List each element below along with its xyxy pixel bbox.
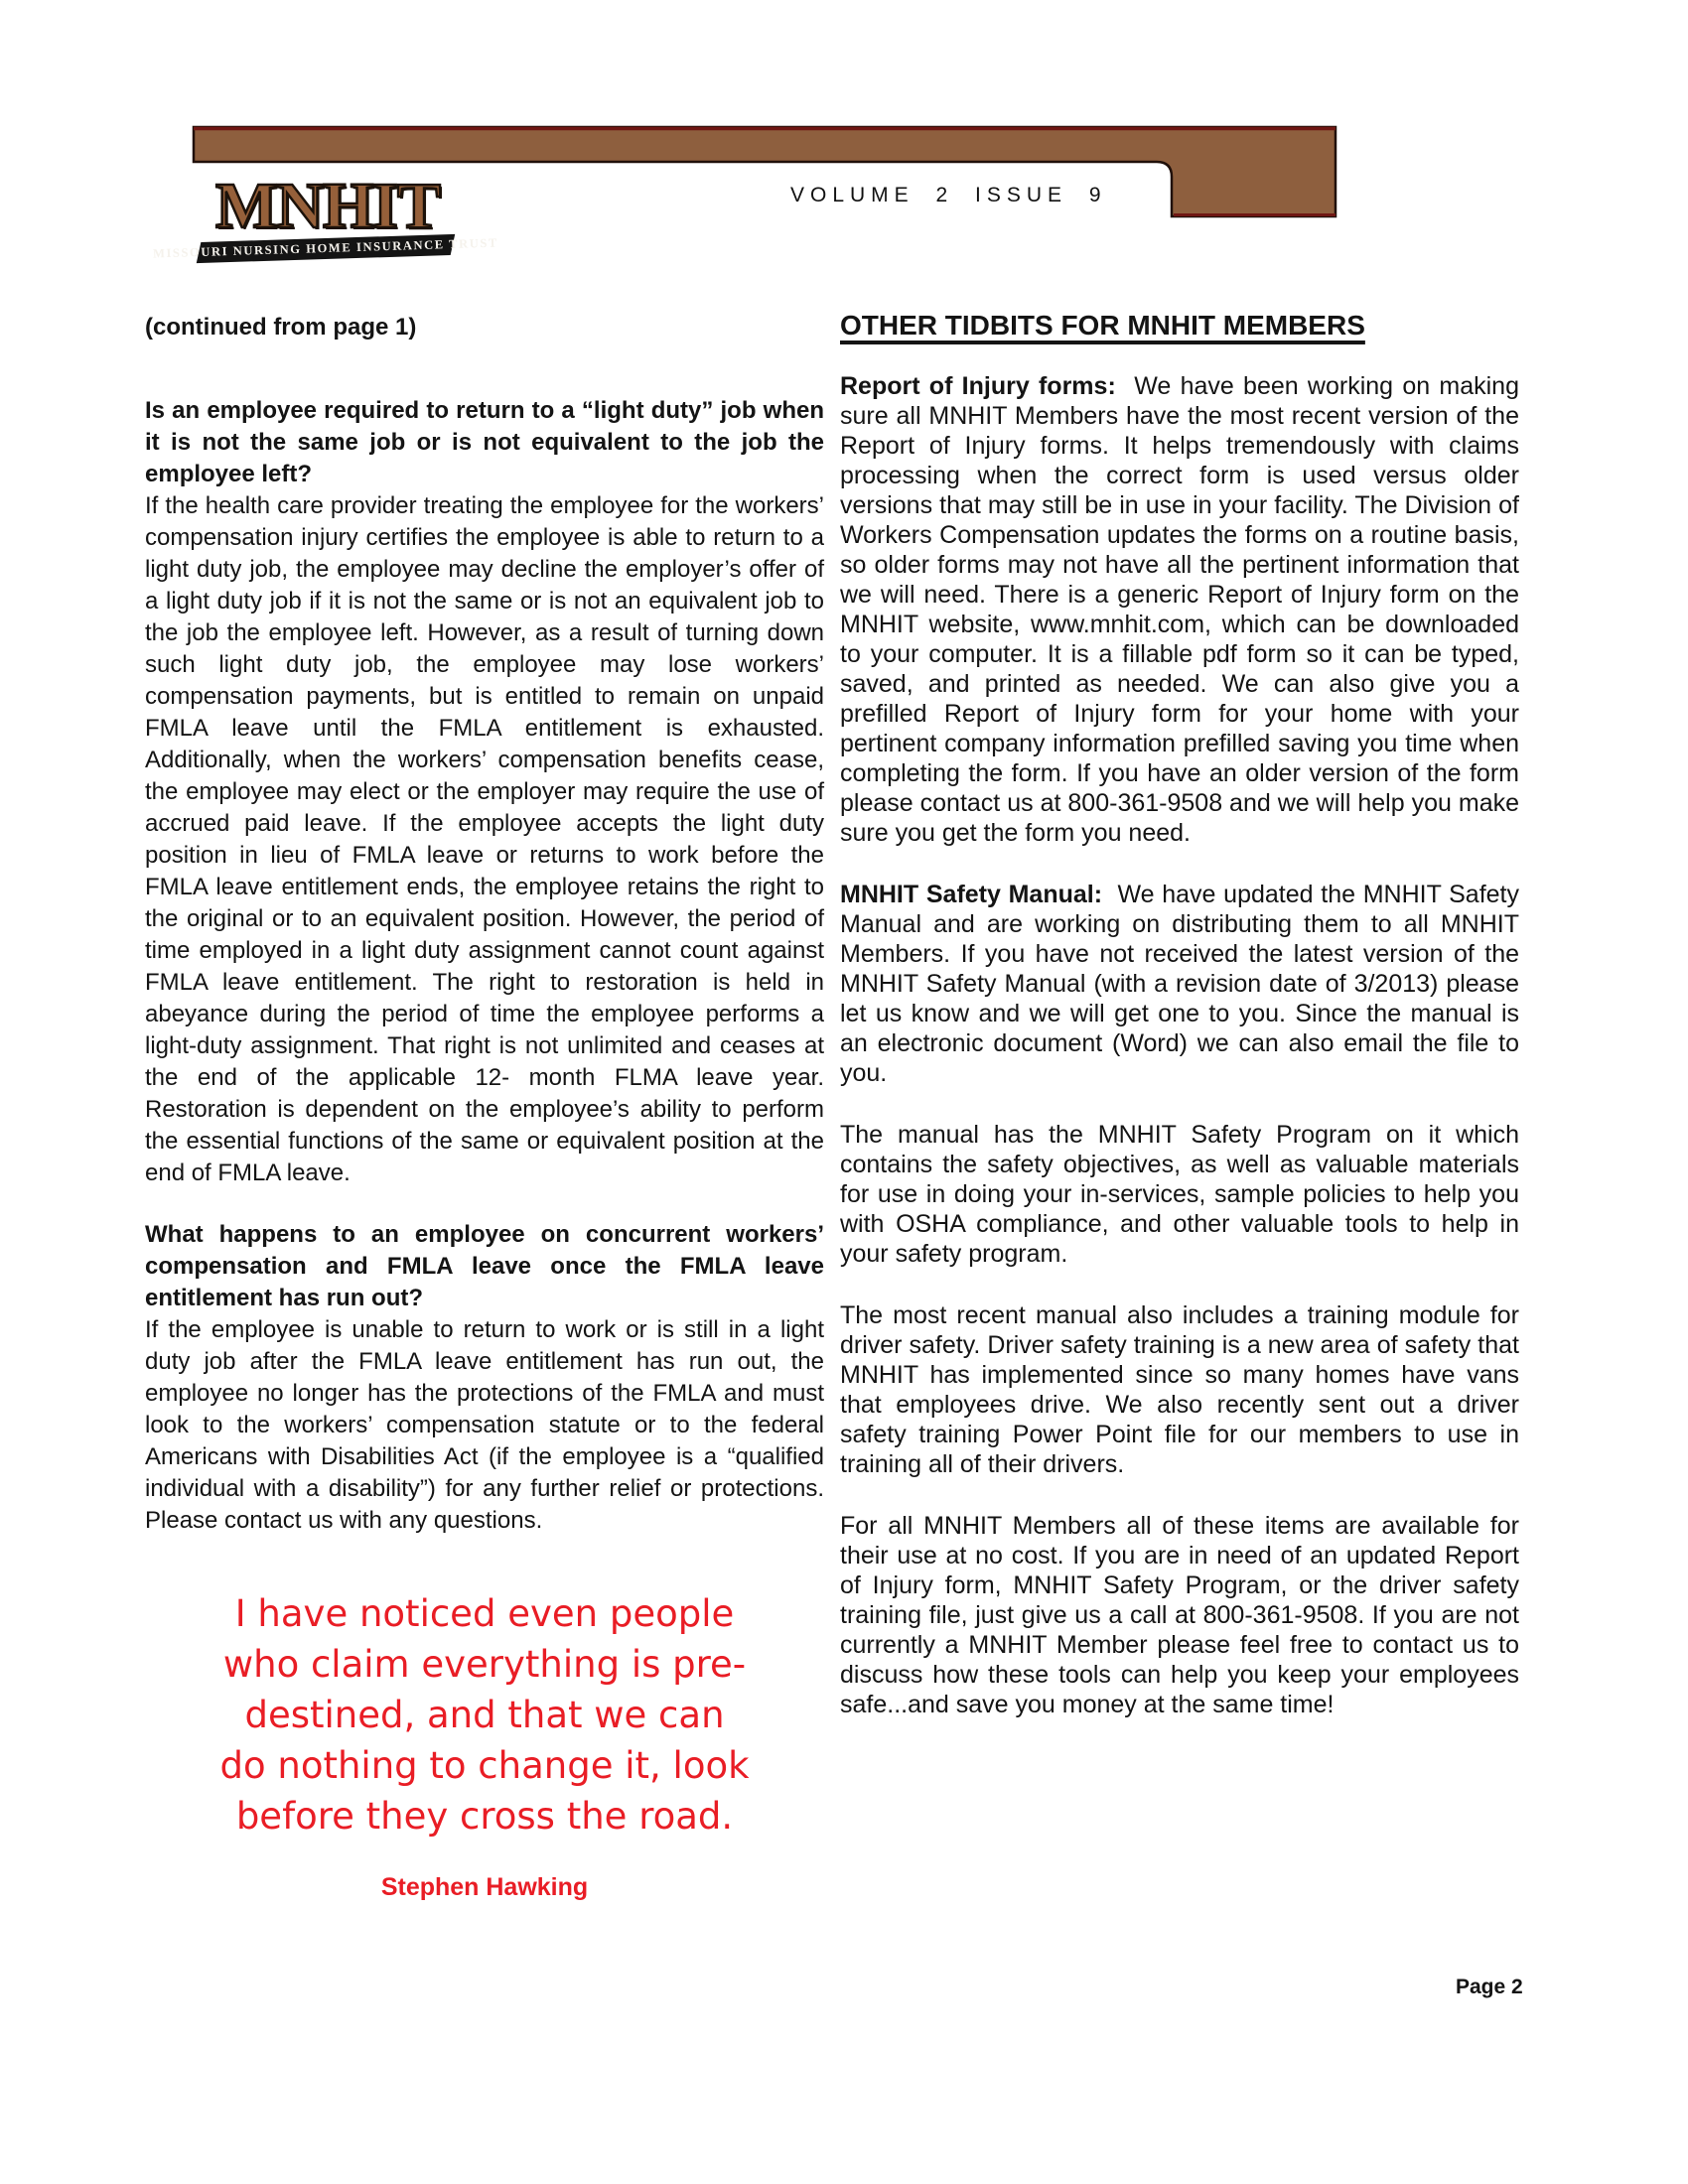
paragraph-lead-report-of-injury: Report of Injury forms: (840, 372, 1116, 400)
pull-quote-line: who claim everything is pre- (145, 1639, 824, 1690)
section-body-concurrent-leave: If the employee is unable to return to w… (145, 1314, 824, 1537)
pull-quote-line: I have noticed even people (145, 1588, 824, 1639)
mnhit-logo-subtitle: MISSOURI NURSING HOME INSURANCE TRUST (153, 236, 498, 262)
pull-quote-line: destined, and that we can (145, 1690, 824, 1740)
article-section-concurrent-leave: What happens to an employee on concurren… (145, 1219, 824, 1537)
paragraph-safety-manual: MNHIT Safety Manual: We have updated the… (840, 880, 1519, 1088)
newsletter-page: MNHIT MISSOURI NURSING HOME INSURANCE TR… (0, 0, 1688, 2184)
paragraph-no-cost: For all MNHIT Members all of these items… (840, 1511, 1519, 1719)
article-section-light-duty: Is an employee required to return to a “… (145, 395, 824, 1189)
mnhit-logo-wordmark: MNHIT (199, 177, 457, 236)
left-column: (continued from page 1) Is an employee r… (145, 308, 824, 1903)
continued-note: (continued from page 1) (145, 312, 824, 343)
tidbits-heading: OTHER TIDBITS FOR MNHIT MEMBERS (840, 310, 1519, 341)
right-column: OTHER TIDBITS FOR MNHIT MEMBERS Report o… (840, 308, 1519, 1903)
quote-attribution: Stephen Hawking (145, 1871, 824, 1903)
paragraph-lead-safety-manual: MNHIT Safety Manual: (840, 881, 1102, 908)
section-body-light-duty: If the health care provider treating the… (145, 490, 824, 1189)
paragraph-driver-safety: The most recent manual also includes a t… (840, 1300, 1519, 1479)
paragraph-body-safety-manual: We have updated the MNHIT Safety Manual … (840, 881, 1519, 1087)
pull-quote-line: before they cross the road. (145, 1791, 824, 1842)
page-number: Page 2 (1456, 1976, 1523, 1999)
paragraph-report-of-injury: Report of Injury forms: We have been wor… (840, 371, 1519, 848)
pull-quote: I have noticed even people who claim eve… (145, 1588, 824, 1842)
paragraph-body-no-cost: For all MNHIT Members all of these items… (840, 1512, 1519, 1718)
pull-quote-line: do nothing to change it, look (145, 1740, 824, 1791)
paragraph-body-safety-program: The manual has the MNHIT Safety Program … (840, 1121, 1519, 1268)
section-heading-concurrent-leave: What happens to an employee on concurren… (145, 1219, 824, 1314)
paragraph-body-report-of-injury: We have been working on making sure all … (840, 372, 1519, 847)
volume-issue-label: VOLUME 2 ISSUE 9 (790, 184, 1098, 207)
paragraph-body-driver-safety: The most recent manual also includes a t… (840, 1301, 1519, 1478)
two-column-body: (continued from page 1) Is an employee r… (145, 308, 1519, 1903)
section-heading-light-duty: Is an employee required to return to a “… (145, 395, 824, 490)
paragraph-safety-program: The manual has the MNHIT Safety Program … (840, 1120, 1519, 1269)
mnhit-logo: MNHIT MISSOURI NURSING HOME INSURANCE TR… (199, 177, 457, 259)
